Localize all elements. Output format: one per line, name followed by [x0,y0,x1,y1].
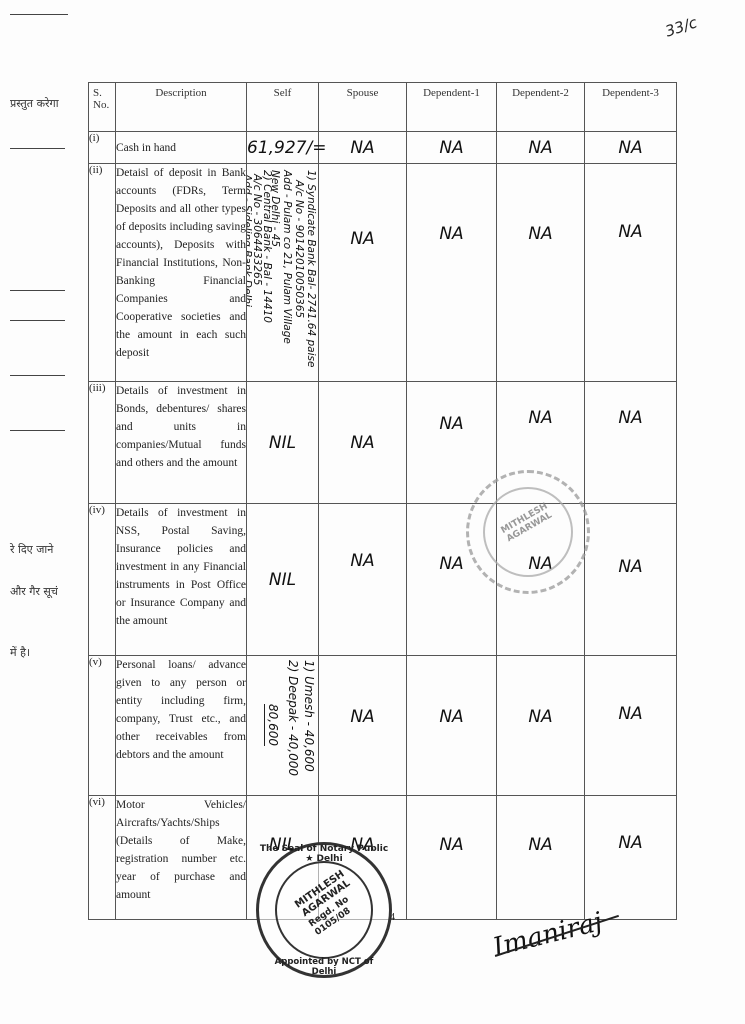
table-row: (iii) Details of investment in Bonds, de… [89,382,677,504]
margin-note: में है। [10,645,30,660]
margin-note: प्रस्तुत करेगा [10,96,59,111]
row-sno: (iii) [89,382,116,504]
dependent-2-value: NA [497,132,585,164]
assets-table: S. No. Description Self Spouse Dependent… [88,82,677,920]
header-spouse: Spouse [319,83,407,132]
self-value: NIL [247,504,319,656]
row-sno: (iv) [89,504,116,656]
margin-rule [10,148,65,149]
spouse-value: NA [319,132,407,164]
dependent-1-value: NA [407,164,497,382]
spouse-value: NA [319,504,407,656]
table-row: (v) Personal loans/ advance given to any… [89,656,677,796]
header-self: Self [247,83,319,132]
margin-rule [10,14,68,15]
header-dependent-1: Dependent-1 [407,83,497,132]
table-row: (i) Cash in hand 61,927/= NA NA NA NA [89,132,677,164]
dependent-3-value: NA [585,656,677,796]
dependent-1-value: NA [407,656,497,796]
table-row: (ii) Detaisl of deposit in Bank accounts… [89,164,677,382]
margin-rule [10,375,65,376]
margin-rule [10,290,65,291]
row-sno: (ii) [89,164,116,382]
page-mark: 33/c [663,13,699,40]
dependent-1-value: NA [407,382,497,504]
footer-page-number: 4 [390,912,395,923]
row-sno: (v) [89,656,116,796]
dependent-3-value: NA [585,796,677,920]
margin-note: और गैर सूचं [10,584,58,599]
spouse-value: NA [319,164,407,382]
self-value: 1) Umesh - 40,600 2) Deepak - 40,000 80,… [247,656,319,796]
dependent-2-value: NA [497,164,585,382]
self-value: 1) Syndicate Bank Bal- 2741.64 paise A/c… [247,164,319,382]
row-description: Detaisl of deposit in Bank accounts (FDR… [116,164,247,382]
dependent-3-value: NA [585,164,677,382]
header-description: Description [116,83,247,132]
dependent-2-value: NA [497,796,585,920]
header-row: S. No. Description Self Spouse Dependent… [89,83,677,132]
header-dependent-3: Dependent-3 [585,83,677,132]
dependent-3-value: NA [585,504,677,656]
dependent-1-value: NA [407,132,497,164]
dependent-2-value: NA [497,656,585,796]
spouse-value: NA [319,382,407,504]
notary-seal: The Seal of Notary Public ★ Delhi MITHLE… [256,842,392,978]
dependent-3-value: NA [585,382,677,504]
row-description: Details of investment in Bonds, debentur… [116,382,247,504]
margin-note: रे दिए जाने [10,542,53,557]
header-sno: S. No. [89,83,116,132]
dependent-1-value: NA [407,796,497,920]
self-value: 61,927/= [247,132,319,164]
notary-seal-faint: MITHLESH AGARWAL [466,470,590,594]
self-value: NIL [247,382,319,504]
header-dependent-2: Dependent-2 [497,83,585,132]
spouse-value: NA [319,656,407,796]
row-description: Motor Vehicles/ Aircrafts/Yachts/Ships (… [116,796,247,920]
row-sno: (vi) [89,796,116,920]
row-description: Cash in hand [116,132,247,164]
row-sno: (i) [89,132,116,164]
margin-rule [10,430,65,431]
row-description: Personal loans/ advance given to any per… [116,656,247,796]
margin-rule [10,320,65,321]
dependent-3-value: NA [585,132,677,164]
row-description: Details of investment in NSS, Postal Sav… [116,504,247,656]
